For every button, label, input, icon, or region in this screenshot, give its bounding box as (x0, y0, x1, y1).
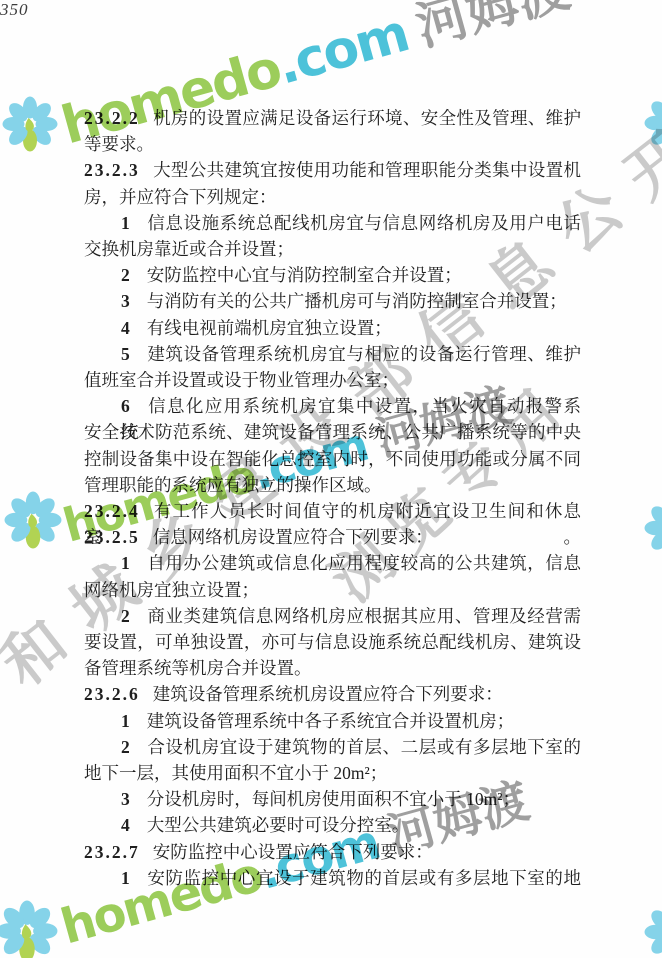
item-number: 4 (121, 815, 130, 835)
text-line: 2合设机房宜设于建筑物的首层、二层或有多层地下室的 (84, 734, 581, 760)
line-text: 建筑设备管理系统机房宜与相应的设备运行管理、维护 (147, 344, 581, 364)
text-line: 2安防监控中心宜与消防控制室合并设置； (84, 262, 581, 288)
item-number: 6 (121, 396, 130, 416)
line-text: 信息网络机房设置应符合下列要求： (153, 527, 433, 547)
text-line: 3与消防有关的公共广播机房可与消防控制室合并设置； (84, 288, 581, 314)
text-line: 备管理系统等机房合并设置。 (84, 655, 581, 681)
item-number: 3 (121, 291, 130, 311)
text-line: 网络机房宜独立设置； (84, 577, 581, 603)
item-number: 5 (121, 344, 130, 364)
item-number: 2 (121, 737, 130, 757)
text-line: 要设置，可单独设置，亦可与信息设施系统总配线机房、建筑设 (84, 629, 581, 655)
line-text: 安防监控中心宜与消防控制室合并设置； (147, 265, 462, 285)
text-line: 1信息设施系统总配线机房宜与信息网络机房及用户电话 (84, 210, 581, 236)
text-line: 交换机房靠近或合并设置； (84, 236, 581, 262)
flower-logo-icon (644, 903, 662, 958)
item-number: 1 (121, 711, 130, 731)
line-text: 要设置，可单独设置，亦可与信息设施系统总配线机房、建筑设 (84, 632, 581, 652)
line-text: 地下一层，其使用面积不宜小于 20m²； (84, 763, 387, 783)
line-text: 商业类建筑信息网络机房应根据其应用、管理及经营需 (147, 606, 581, 626)
text-line: 等要求。 (84, 131, 581, 157)
item-number: 1 (121, 213, 130, 233)
line-text: 交换机房靠近或合并设置； (84, 239, 294, 259)
flower-logo-icon (644, 499, 662, 557)
line-text: 信息设施系统总配线机房宜与信息网络机房及用户电话 (147, 213, 581, 233)
text-line: 23.2.6建筑设备管理系统机房设置应符合下列要求： (84, 681, 581, 707)
item-number: 4 (121, 318, 130, 338)
text-line: 房，并应符合下列规定： (84, 184, 581, 210)
item-number: 2 (121, 606, 130, 626)
page-number: 350 (0, 0, 29, 20)
line-text: 备管理系统等机房合并设置。 (84, 658, 312, 678)
item-number: 1 (121, 553, 130, 573)
clause-number: 23.2.7 (84, 842, 140, 862)
line-text: 自用办公建筑或信息化应用程度较高的公共建筑，信息 (147, 553, 581, 573)
line-text: 与消防有关的公共广播机房可与消防控制室合并设置； (147, 291, 567, 311)
text-line: 5建筑设备管理系统机房宜与相应的设备运行管理、维护 (84, 341, 581, 367)
line-text: 建筑设备管理系统机房设置应符合下列要求： (153, 684, 503, 704)
text-line: 2商业类建筑信息网络机房应根据其应用、管理及经营需 (84, 603, 581, 629)
item-number: 2 (121, 265, 130, 285)
clause-number: 23.2.3 (84, 160, 140, 180)
line-text: 合设机房宜设于建筑物的首层、二层或有多层地下室的 (147, 737, 581, 757)
flower-logo-icon (2, 96, 58, 152)
text-line: 1自用办公建筑或信息化应用程度较高的公共建筑，信息 (84, 550, 581, 576)
line-text: 值班室合并设置或设于物业管理办公室； (84, 370, 399, 390)
line-text: 房，并应符合下列规定： (84, 187, 277, 207)
text-line: 4有线电视前端机房宜独立设置； (84, 315, 581, 341)
text-line: 23.2.3大型公共建筑宜按使用功能和管理职能分类集中设置机 (84, 157, 581, 183)
item-number: 3 (121, 789, 130, 809)
clause-number: 23.2.6 (84, 684, 140, 704)
line-text: 建筑设备管理系统中各子系统宜合并设置机房； (147, 711, 515, 731)
flower-logo-icon (644, 94, 662, 152)
line-text: 有线电视前端机房宜独立设置； (147, 318, 392, 338)
text-line: 1建筑设备管理系统中各子系统宜合并设置机房； (84, 708, 581, 734)
document-page: 住房和城乡建设部信息公开 浏览专用 23.2.2机房的设置应满足设备运行环境、安… (0, 0, 662, 958)
flower-logo-icon (4, 491, 62, 549)
line-text: 大型公共建筑宜按使用功能和管理职能分类集中设置机 (153, 160, 581, 180)
line-text: 网络机房宜独立设置； (84, 580, 259, 600)
flower-logo-icon (0, 900, 58, 958)
